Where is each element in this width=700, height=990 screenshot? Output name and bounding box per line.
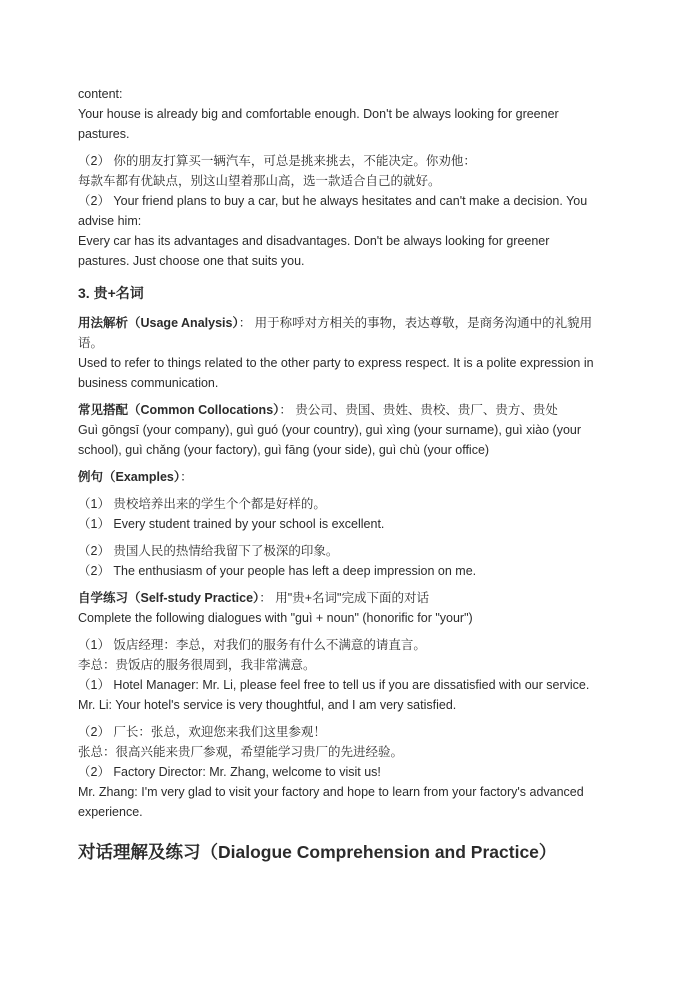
paragraph-examples-label: 例句（Examples）： xyxy=(78,467,600,487)
paragraph-practice-item-2: （2） 你的朋友打算买一辆汽车，可总是挑来挑去，不能决定。你劝他： 每款车都有优… xyxy=(78,151,600,271)
text-run: ： xyxy=(180,470,193,484)
text-run: （2） 你的朋友打算买一辆汽车，可总是挑来挑去，不能决定。你劝他： 每款车都有优… xyxy=(78,154,591,268)
bold-label-run: 用法解析（Usage Analysis） xyxy=(78,316,239,330)
paragraph-common-collocations: 常见搭配（Common Collocations）： 贵公司、贵国、贵姓、贵校、… xyxy=(78,400,600,460)
bold-label-run: 对话理解及练习（Dialogue Comprehension and Pract… xyxy=(78,842,556,862)
paragraph-dialogue-1: （1） 饭店经理：李总，对我们的服务有什么不满意的请直言。 李总：贵饭店的服务很… xyxy=(78,635,600,715)
paragraph-self-study-practice: 自学练习（Self-study Practice）： 用"贵+名词"完成下面的对… xyxy=(78,588,600,628)
paragraph-advice-1-translation: content: Your house is already big and c… xyxy=(78,84,600,144)
paragraph-usage-analysis: 用法解析（Usage Analysis）： 用于称呼对方相关的事物，表达尊敬，是… xyxy=(78,313,600,393)
section-heading-gui-plus-noun: 3. 贵+名词 xyxy=(78,282,600,304)
paragraph-example-1: （1） 贵校培养出来的学生个个都是好样的。 （1） Every student … xyxy=(78,494,600,534)
text-run: （2） 厂长：张总，欢迎您来我们这里参观！ 张总：很高兴能来贵厂参观，希望能学习… xyxy=(78,725,587,819)
bold-label-run: 3. 贵+名词 xyxy=(78,285,144,301)
text-run: （1） 贵校培养出来的学生个个都是好样的。 （1） Every student … xyxy=(78,497,384,531)
text-run: （2） 贵国人民的热情给我留下了极深的印象。 （2） The enthusias… xyxy=(78,544,476,578)
text-run: content: Your house is already big and c… xyxy=(78,87,562,141)
document-page: content: Your house is already big and c… xyxy=(0,0,700,990)
paragraph-example-2: （2） 贵国人民的热情给我留下了极深的印象。 （2） The enthusias… xyxy=(78,541,600,581)
bold-label-run: 自学练习（Self-study Practice） xyxy=(78,591,259,605)
bold-label-run: 例句（Examples） xyxy=(78,470,180,484)
bold-label-run: 常见搭配（Common Collocations） xyxy=(78,403,279,417)
paragraph-dialogue-2: （2） 厂长：张总，欢迎您来我们这里参观！ 张总：很高兴能来贵厂参观，希望能学习… xyxy=(78,722,600,822)
text-run: （1） 饭店经理：李总，对我们的服务有什么不满意的请直言。 李总：贵饭店的服务很… xyxy=(78,638,589,712)
section-heading-dialogue-comprehension: 对话理解及练习（Dialogue Comprehension and Pract… xyxy=(78,839,600,865)
